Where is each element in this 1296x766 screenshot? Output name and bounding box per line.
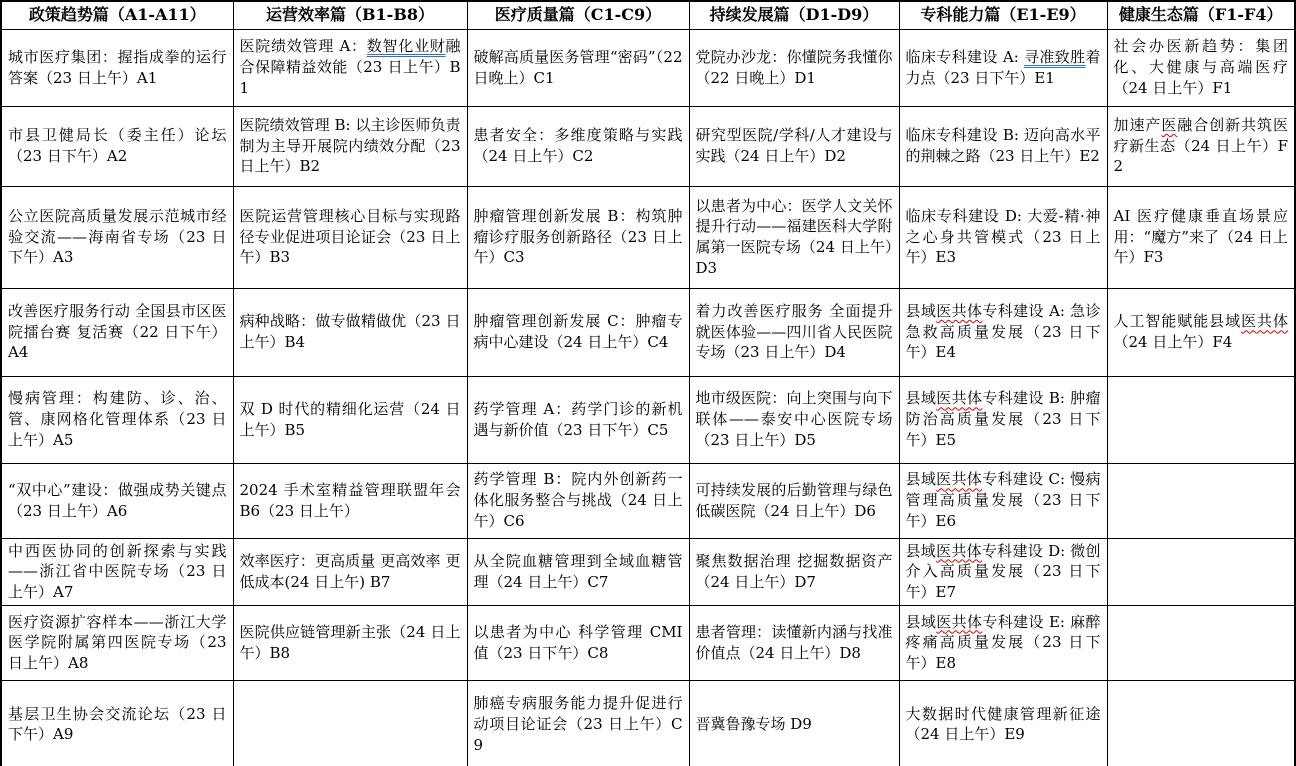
- session-cell-E5: 县域医共体专科建设 B: 肿瘤防治高质量发展（23 日下午）E5: [899, 376, 1107, 463]
- session-title-text: 病种战略：做专做精做优（23 日上午）B4: [240, 312, 461, 351]
- session-title-text: 破解高质量医务管理“密码”（22 日晚上）C1: [474, 48, 683, 87]
- session-cell-F2: 加速产医融合创新共筑医疗新生态（24 日上午）F2: [1107, 106, 1295, 186]
- session-title-text: 临床专科建设 B: 迈向高水平的荆棘之路（23 日上午）E2: [906, 126, 1101, 165]
- session-cell-D7: 聚焦数据治理 挖掘数据资产（24 日上午）D7: [689, 538, 899, 605]
- table-row: 改善医疗服务行动 全国县市区医院擂台赛 复活赛（22 日下午）A4病种战略：做专…: [1, 288, 1295, 376]
- session-cell-A6: “双中心”建设：做强成势关键点（23 日上午）A6: [1, 463, 233, 538]
- spellcheck-underlined-text: 医: [1161, 116, 1177, 134]
- column-header-policy-trends: 政策趋势篇（A1-A11）: [1, 1, 233, 29]
- session-title-text: 可持续发展的后勤管理与绿色低碳医院（24 日上午）D6: [696, 481, 893, 520]
- session-title-text: 肿瘤管理创新发展 C：肿瘤专病中心建设（24 日上午）C4: [474, 312, 683, 351]
- session-cell-E9: 大数据时代健康管理新征途（24 日上午）E9: [899, 680, 1107, 766]
- session-title-text: 医院运营管理核心目标与实现路径专业促进项目论证会（23 日上午）B3: [240, 207, 461, 266]
- session-title-text: 中西医协同的创新探索与实践——浙江省中医院专场（23 日上午）A7: [8, 542, 227, 601]
- session-title-text: 县域: [906, 542, 937, 560]
- table-row: 基层卫生协会交流论坛（23 日下午）A9肺癌专病服务能力提升促进行动项目论证会（…: [1, 680, 1295, 766]
- table-row: 公立医院高质量发展示范城市经验交流——海南省专场（23 日下午）A3医院运营管理…: [1, 186, 1295, 288]
- session-cell-F4: 人工智能赋能县域医共体（24 日上午）F4: [1107, 288, 1295, 376]
- session-title-text: 社会办医新趋势：集团化、大健康与高端医疗（24 日上午）F1: [1114, 37, 1289, 96]
- session-title-text: 药学管理 A：药学门诊的新机遇与新价值（23 日下午）C5: [474, 400, 683, 439]
- session-cell-B3: 医院运营管理核心目标与实现路径专业促进项目论证会（23 日上午）B3: [233, 186, 467, 288]
- table-row: 慢病管理：构建防、诊、治、管、康网格化管理体系（23 日上午）A5双 D 时代的…: [1, 376, 1295, 463]
- session-title-text: 城市医疗集团：握指成拳的运行答案（23 日上午）A1: [8, 48, 227, 87]
- spellcheck-underlined-text: 医共体: [1241, 312, 1288, 330]
- session-cell-A5: 慢病管理：构建防、诊、治、管、康网格化管理体系（23 日上午）A5: [1, 376, 233, 463]
- session-title-text: 县域: [906, 470, 937, 488]
- session-title-text: 市县卫健局长（委主任）论坛（23 日下午）A2: [8, 126, 227, 165]
- session-cell-B6: 2024 手术室精益管理联盟年会 B6（23 日上午）: [233, 463, 467, 538]
- session-cell-E2: 临床专科建设 B: 迈向高水平的荆棘之路（23 日上午）E2: [899, 106, 1107, 186]
- session-cell-F8: [1107, 605, 1295, 680]
- session-title-text: 研究型医院/学科/人才建设与实践（24 日上午）D2: [696, 126, 893, 165]
- session-title-text: 患者安全：多维度策略与实践（24 日上午）C2: [474, 126, 683, 165]
- session-title-text: AI 医疗健康垂直场景应用：“魔方”来了（24 日上午）F3: [1114, 207, 1289, 266]
- session-title-text: 改善医疗服务行动 全国县市区医院擂台赛 复活赛（22 日下午）A4: [8, 302, 227, 361]
- session-schedule-table: 政策趋势篇（A1-A11） 运营效率篇（B1-B8） 医疗质量篇（C1-C9） …: [0, 0, 1296, 766]
- session-title-text: 地市级医院：向上突围与向下联体——泰安中心医院专场（23 日上午）D5: [696, 389, 893, 448]
- session-cell-B8: 医院供应链管理新主张（24 日上午）B8: [233, 605, 467, 680]
- table-row: 医疗资源扩容样本——浙江大学医学院附属第四医院专场（23 日上午）A8医院供应链…: [1, 605, 1295, 680]
- session-title-text: 基层卫生协会交流论坛（23 日下午）A9: [8, 705, 227, 744]
- spellcheck-underlined-text: 医共体: [936, 470, 982, 488]
- session-cell-F7: [1107, 538, 1295, 605]
- table-row: 城市医疗集团：握指成拳的运行答案（23 日上午）A1医院绩效管理 A：数智化业财…: [1, 29, 1295, 106]
- session-cell-C1: 破解高质量医务管理“密码”（22 日晚上）C1: [467, 29, 689, 106]
- spellcheck-underlined-text: 医共体: [936, 542, 982, 560]
- session-title-text: 以患者为中心 科学管理 CMI 值（23 日下午）C8: [474, 623, 683, 662]
- session-title-text: 县域: [906, 389, 937, 407]
- grammar-check-underlined-text: 寻准致胜: [1024, 48, 1086, 66]
- session-title-text: 肺癌专病服务能力提升促进行动项目论证会（23 日上午）C9: [474, 694, 683, 753]
- session-title-text: 党院办沙龙：你懂院务我懂你（22 日晚上）D1: [696, 48, 893, 87]
- session-cell-F3: AI 医疗健康垂直场景应用：“魔方”来了（24 日上午）F3: [1107, 186, 1295, 288]
- session-cell-F5: [1107, 376, 1295, 463]
- session-cell-F1: 社会办医新趋势：集团化、大健康与高端医疗（24 日上午）F1: [1107, 29, 1295, 106]
- column-header-operational-efficiency: 运营效率篇（B1-B8）: [233, 1, 467, 29]
- session-title-text: 医院供应链管理新主张（24 日上午）B8: [240, 623, 461, 662]
- session-cell-A2: 市县卫健局长（委主任）论坛（23 日下午）A2: [1, 106, 233, 186]
- session-cell-C5: 药学管理 A：药学门诊的新机遇与新价值（23 日下午）C5: [467, 376, 689, 463]
- session-title-text: 县域: [906, 613, 937, 631]
- session-cell-D8: 患者管理：读懂新内涵与找准价值点（24 日上午）D8: [689, 605, 899, 680]
- grammar-check-underlined-text: 数智化业财: [367, 37, 446, 55]
- session-title-text: 临床专科建设 D: 大爱-精·神之心身共管模式（23 日上午）E3: [906, 207, 1101, 266]
- column-header-sustainable-development: 持续发展篇（D1-D9）: [689, 1, 899, 29]
- session-cell-B5: 双 D 时代的精细化运营（24 日上午）B5: [233, 376, 467, 463]
- table-row: 市县卫健局长（委主任）论坛（23 日下午）A2医院绩效管理 B: 以主诊医师负责…: [1, 106, 1295, 186]
- session-title-text: 患者管理：读懂新内涵与找准价值点（24 日上午）D8: [696, 623, 893, 662]
- session-cell-A3: 公立医院高质量发展示范城市经验交流——海南省专场（23 日下午）A3: [1, 186, 233, 288]
- column-header-medical-quality: 医疗质量篇（C1-C9）: [467, 1, 689, 29]
- session-title-text: 从全院血糖管理到全域血糖管理（24 日上午）C7: [474, 552, 683, 591]
- session-cell-D3: 以患者为中心：医学人文关怀提升行动——福建医科大学附属第一医院专场（24 日上午…: [689, 186, 899, 288]
- session-title-text: 效率医疗：更高质量 更高效率 更低成本(24 日上午) B7: [240, 552, 461, 591]
- session-cell-C8: 以患者为中心 科学管理 CMI 值（23 日下午）C8: [467, 605, 689, 680]
- session-title-text: 加速产: [1114, 116, 1162, 134]
- session-title-text: 县域: [906, 302, 937, 320]
- session-cell-C3: 肿瘤管理创新发展 B：构筑肿瘤诊疗服务创新路径（23 日上午）C3: [467, 186, 689, 288]
- session-cell-E6: 县域医共体专科建设 C: 慢病管理高质量发展（23 日下午）E6: [899, 463, 1107, 538]
- header-row: 政策趋势篇（A1-A11） 运营效率篇（B1-B8） 医疗质量篇（C1-C9） …: [1, 1, 1295, 29]
- session-title-text: 2024 手术室精益管理联盟年会 B6（23 日上午）: [240, 481, 461, 520]
- session-title-text: 药学管理 B：院内外创新药一体化服务整合与挑战（24 日上午）C6: [474, 470, 683, 529]
- session-cell-E1: 临床专科建设 A: 寻准致胜着力点（23 日下午）E1: [899, 29, 1107, 106]
- session-title-text: 人工智能赋能县域: [1114, 312, 1242, 330]
- session-cell-D1: 党院办沙龙：你懂院务我懂你（22 日晚上）D1: [689, 29, 899, 106]
- table-row: 中西医协同的创新探索与实践——浙江省中医院专场（23 日上午）A7效率医疗：更高…: [1, 538, 1295, 605]
- session-title-text: 医院绩效管理 A：: [240, 37, 367, 55]
- session-cell-C2: 患者安全：多维度策略与实践（24 日上午）C2: [467, 106, 689, 186]
- document-page: 政策趋势篇（A1-A11） 运营效率篇（B1-B8） 医疗质量篇（C1-C9） …: [0, 0, 1296, 766]
- session-cell-C9: 肺癌专病服务能力提升促进行动项目论证会（23 日上午）C9: [467, 680, 689, 766]
- session-cell-B7: 效率医疗：更高质量 更高效率 更低成本(24 日上午) B7: [233, 538, 467, 605]
- session-cell-B1: 医院绩效管理 A：数智化业财融合保障精益效能（23 日上午）B1: [233, 29, 467, 106]
- session-cell-B4: 病种战略：做专做精做优（23 日上午）B4: [233, 288, 467, 376]
- session-cell-D6: 可持续发展的后勤管理与绿色低碳医院（24 日上午）D6: [689, 463, 899, 538]
- session-cell-A7: 中西医协同的创新探索与实践——浙江省中医院专场（23 日上午）A7: [1, 538, 233, 605]
- session-title-text: 临床专科建设 A:: [906, 48, 1024, 66]
- session-title-text: 聚焦数据治理 挖掘数据资产（24 日上午）D7: [696, 552, 893, 591]
- session-cell-C4: 肿瘤管理创新发展 C：肿瘤专病中心建设（24 日上午）C4: [467, 288, 689, 376]
- session-cell-D4: 着力改善医疗服务 全面提升就医体验——四川省人民医院专场（23 日上午）D4: [689, 288, 899, 376]
- session-title-text: 晋冀鲁豫专场 D9: [696, 715, 812, 733]
- session-title-text: 以患者为中心：医学人文关怀提升行动——福建医科大学附属第一医院专场（24 日上午…: [696, 197, 893, 277]
- session-cell-D9: 晋冀鲁豫专场 D9: [689, 680, 899, 766]
- session-cell-A8: 医疗资源扩容样本——浙江大学医学院附属第四医院专场（23 日上午）A8: [1, 605, 233, 680]
- session-title-text: 医院绩效管理 B: 以主诊医师负责制为主导开展院内绩效分配（23 日上午）B2: [240, 116, 461, 175]
- session-cell-A4: 改善医疗服务行动 全国县市区医院擂台赛 复活赛（22 日下午）A4: [1, 288, 233, 376]
- session-cell-D5: 地市级医院：向上突围与向下联体——泰安中心医院专场（23 日上午）D5: [689, 376, 899, 463]
- column-header-health-ecosystem: 健康生态篇（F1-F4）: [1107, 1, 1295, 29]
- spellcheck-underlined-text: 医共体: [936, 613, 982, 631]
- session-cell-A9: 基层卫生协会交流论坛（23 日下午）A9: [1, 680, 233, 766]
- session-cell-D2: 研究型医院/学科/人才建设与实践（24 日上午）D2: [689, 106, 899, 186]
- table-body: 城市医疗集团：握指成拳的运行答案（23 日上午）A1医院绩效管理 A：数智化业财…: [1, 29, 1295, 766]
- spellcheck-underlined-text: 医共体: [936, 389, 982, 407]
- session-title-text: 双 D 时代的精细化运营（24 日上午）B5: [240, 400, 461, 439]
- column-header-specialty-capability: 专科能力篇（E1-E9）: [899, 1, 1107, 29]
- table-header: 政策趋势篇（A1-A11） 运营效率篇（B1-B8） 医疗质量篇（C1-C9） …: [1, 1, 1295, 29]
- session-title-text: 大数据时代健康管理新征途（24 日上午）E9: [906, 705, 1101, 744]
- session-cell-E3: 临床专科建设 D: 大爱-精·神之心身共管模式（23 日上午）E3: [899, 186, 1107, 288]
- session-title-text: 公立医院高质量发展示范城市经验交流——海南省专场（23 日下午）A3: [8, 207, 227, 266]
- session-cell-E8: 县域医共体专科建设 E: 麻醉疼痛高质量发展（23 日下午）E8: [899, 605, 1107, 680]
- session-cell-E4: 县域医共体专科建设 A: 急诊急救高质量发展（23 日下午）E4: [899, 288, 1107, 376]
- session-title-text: 着力改善医疗服务 全面提升就医体验——四川省人民医院专场（23 日上午）D4: [696, 302, 893, 361]
- session-title-text: 医疗资源扩容样本——浙江大学医学院附属第四医院专场（23 日上午）A8: [8, 613, 227, 672]
- session-title-text: 慢病管理：构建防、诊、治、管、康网格化管理体系（23 日上午）A5: [8, 389, 227, 448]
- session-cell-F6: [1107, 463, 1295, 538]
- session-cell-C7: 从全院血糖管理到全域血糖管理（24 日上午）C7: [467, 538, 689, 605]
- session-cell-C6: 药学管理 B：院内外创新药一体化服务整合与挑战（24 日上午）C6: [467, 463, 689, 538]
- session-title-text: 肿瘤管理创新发展 B：构筑肿瘤诊疗服务创新路径（23 日上午）C3: [474, 207, 683, 266]
- session-title-text: “双中心”建设：做强成势关键点（23 日上午）A6: [8, 481, 227, 520]
- table-row: “双中心”建设：做强成势关键点（23 日上午）A62024 手术室精益管理联盟年…: [1, 463, 1295, 538]
- session-title-text: （24 日上午）F4: [1114, 333, 1233, 351]
- session-cell-E7: 县域医共体专科建设 D: 微创介入高质量发展（23 日下午）E7: [899, 538, 1107, 605]
- session-cell-B2: 医院绩效管理 B: 以主诊医师负责制为主导开展院内绩效分配（23 日上午）B2: [233, 106, 467, 186]
- session-cell-B9: [233, 680, 467, 766]
- session-cell-A1: 城市医疗集团：握指成拳的运行答案（23 日上午）A1: [1, 29, 233, 106]
- spellcheck-underlined-text: 医共体: [936, 302, 982, 320]
- session-cell-F9: [1107, 680, 1295, 766]
